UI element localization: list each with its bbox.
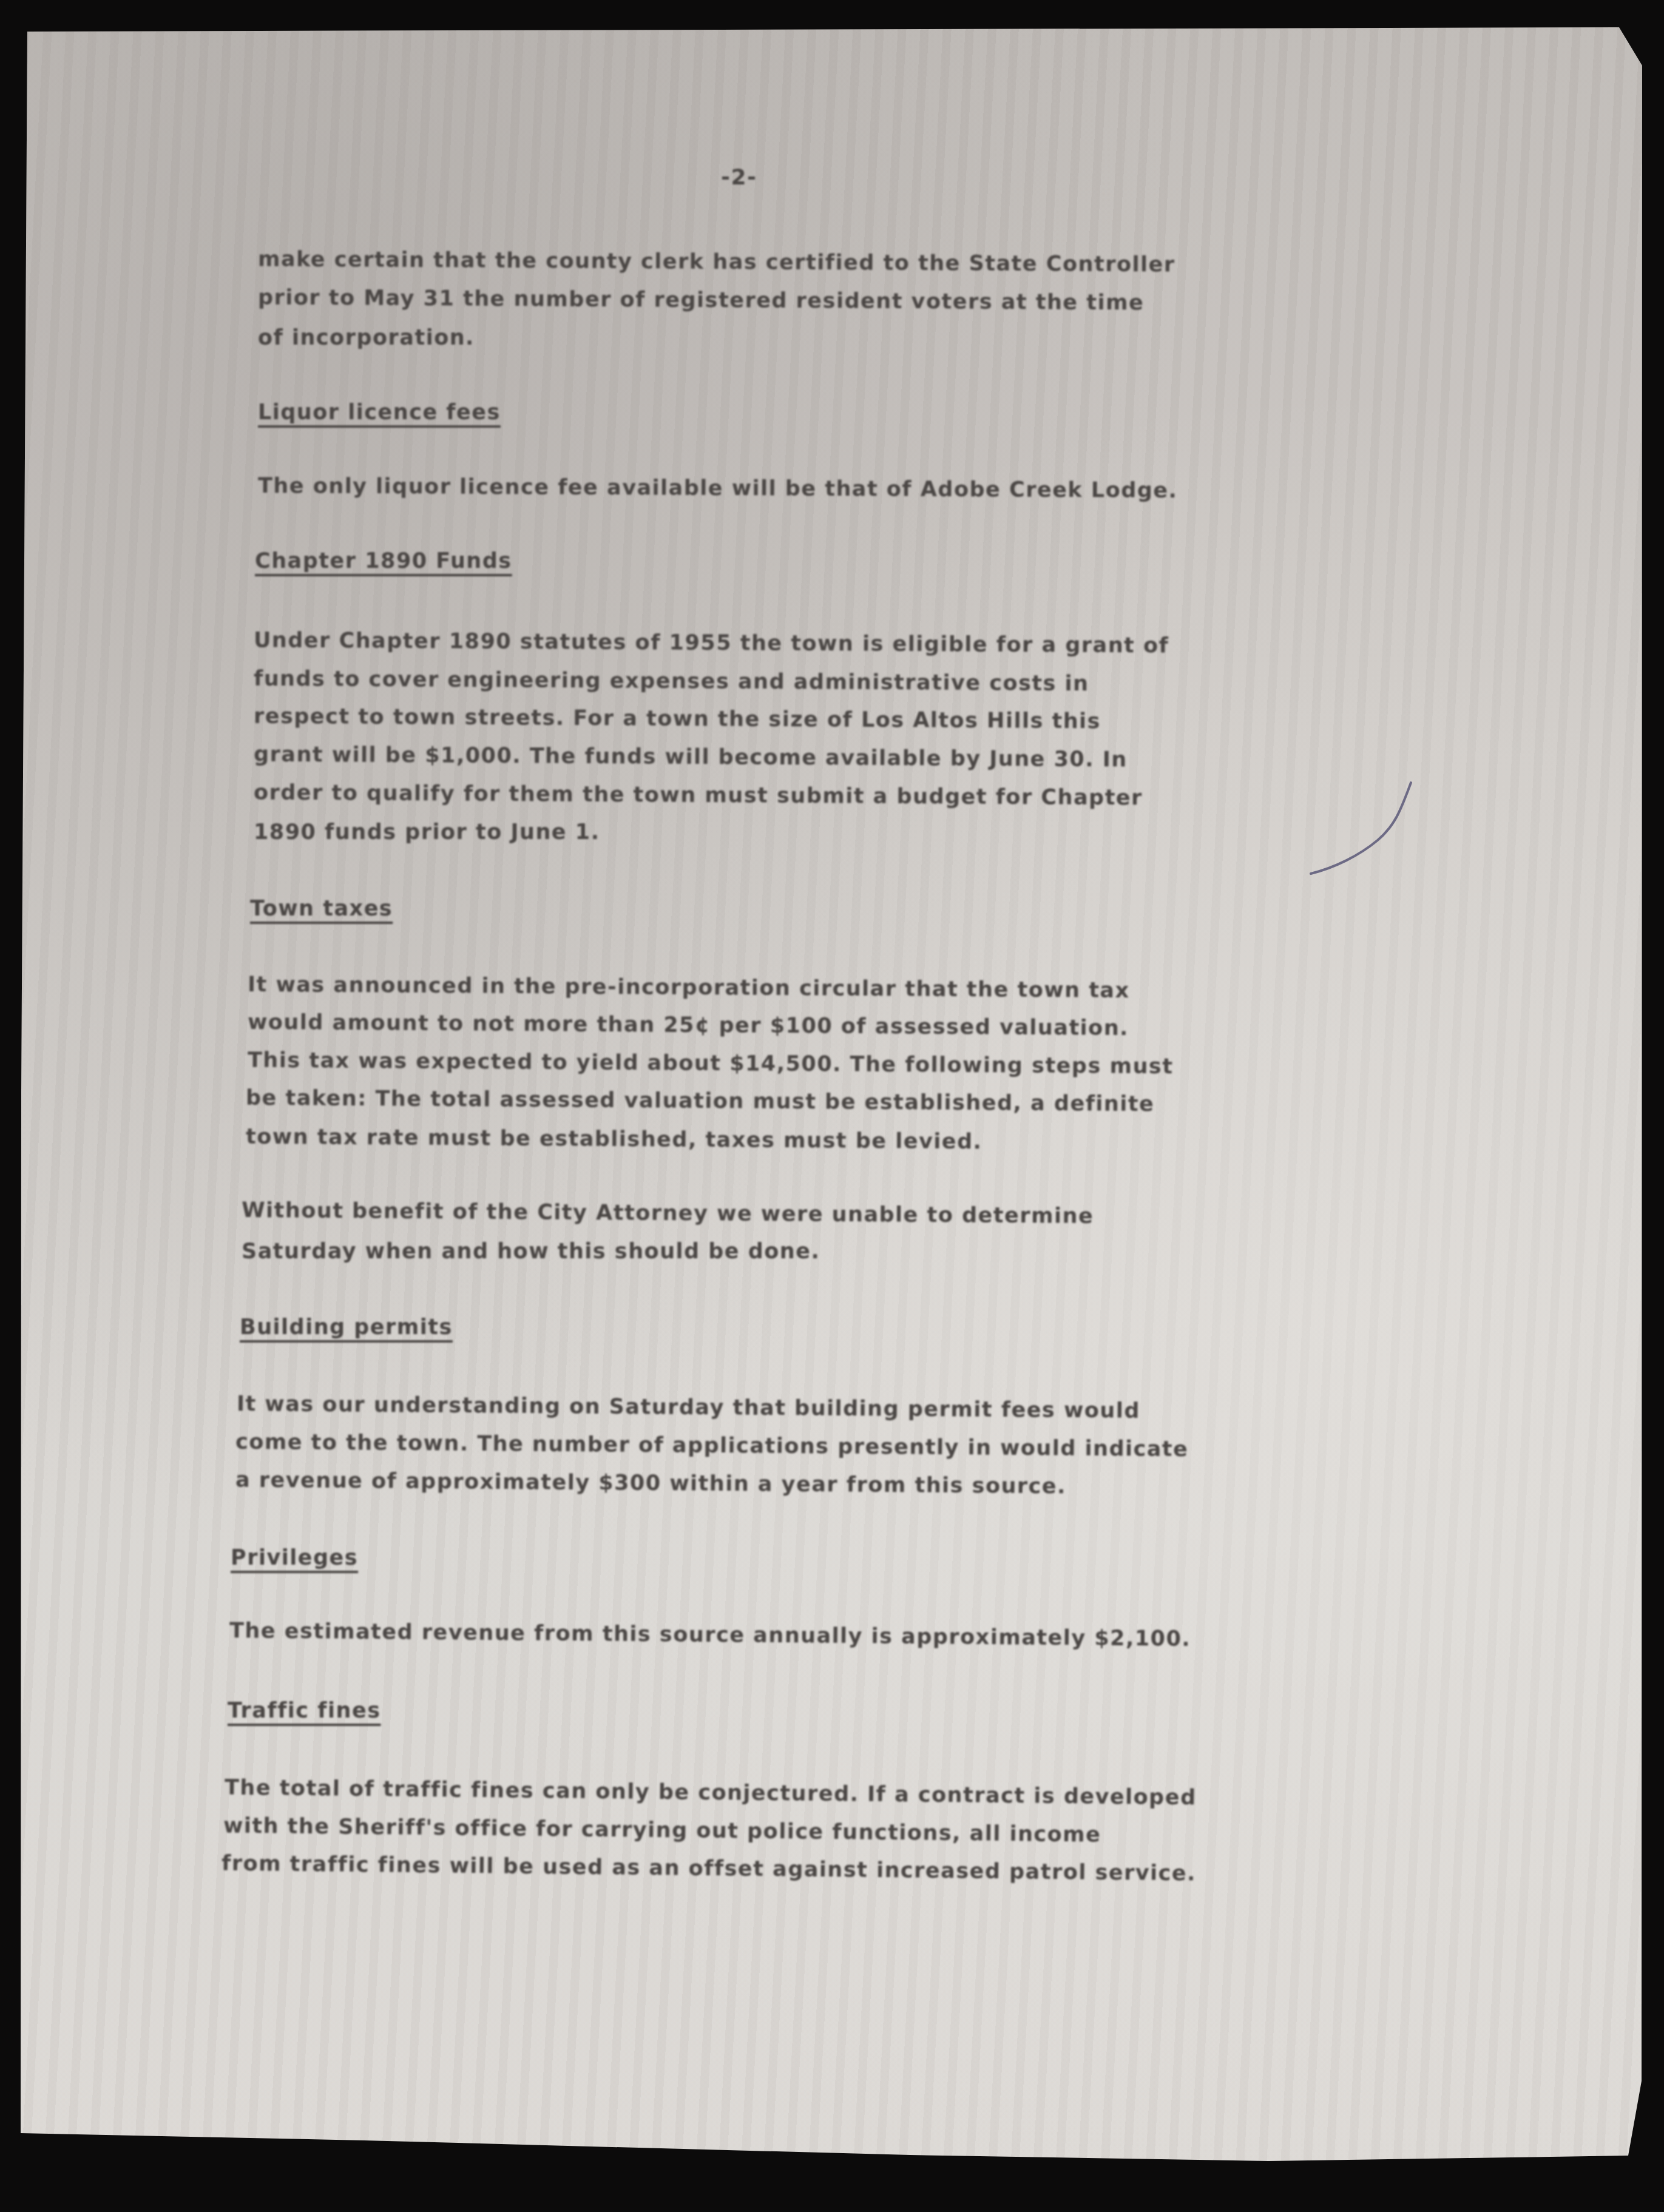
handwritten-pen-mark <box>1293 777 1426 880</box>
body-line: come to the town. The number of applicat… <box>235 1430 1189 1462</box>
body-line: of incorporation. <box>258 326 475 350</box>
body-line: The total of traffic fines can only be c… <box>225 1776 1197 1810</box>
body-line: prior to May 31 the number of registered… <box>258 286 1145 315</box>
body-line: grant will be $1,000. The funds will bec… <box>254 743 1128 772</box>
body-line: would amount to not more than 25¢ per $1… <box>248 1010 1129 1040</box>
body-line: Without benefit of the City Attorney we … <box>242 1198 1094 1229</box>
body-line: from traffic fines will be used as an of… <box>222 1852 1196 1886</box>
body-line: order to qualify for them the town must … <box>254 781 1143 811</box>
page-number: -2- <box>721 165 757 190</box>
body-line: The only liquor licence fee available wi… <box>258 474 1178 503</box>
body-line: Under Chapter 1890 statutes of 1955 the … <box>254 628 1169 658</box>
section-heading-town-taxes: Town taxes <box>250 897 393 921</box>
body-line: a revenue of approximately $300 within a… <box>235 1468 1066 1499</box>
typed-document: -2- make certain that the county clerk h… <box>0 0 1664 2212</box>
body-line: with the Sheriff's office for carrying o… <box>223 1813 1101 1847</box>
body-line: be taken: The total assessed valuation m… <box>246 1086 1155 1116</box>
body-line: It was announced in the pre-incorporatio… <box>248 973 1130 1003</box>
section-heading-building-permits: Building permits <box>240 1315 453 1340</box>
section-heading-privileges: Privileges <box>231 1546 358 1570</box>
body-line: The estimated revenue from this source a… <box>229 1619 1191 1651</box>
body-line: funds to cover engineering expenses and … <box>254 667 1089 696</box>
body-line: respect to town streets. For a town the … <box>254 704 1101 734</box>
body-line: Saturday when and how this should be don… <box>242 1239 820 1264</box>
body-line: It was our understanding on Saturday tha… <box>237 1392 1140 1423</box>
body-line: make certain that the county clerk has c… <box>258 247 1175 277</box>
section-heading-traffic-fines: Traffic fines <box>228 1699 381 1723</box>
body-line: 1890 funds prior to June 1. <box>254 820 600 845</box>
body-line: This tax was expected to yield about $14… <box>248 1048 1174 1079</box>
section-heading-liquor: Liquor licence fees <box>258 400 501 425</box>
body-line: town tax rate must be established, taxes… <box>246 1125 983 1154</box>
section-heading-chapter-1890: Chapter 1890 Funds <box>255 549 512 573</box>
